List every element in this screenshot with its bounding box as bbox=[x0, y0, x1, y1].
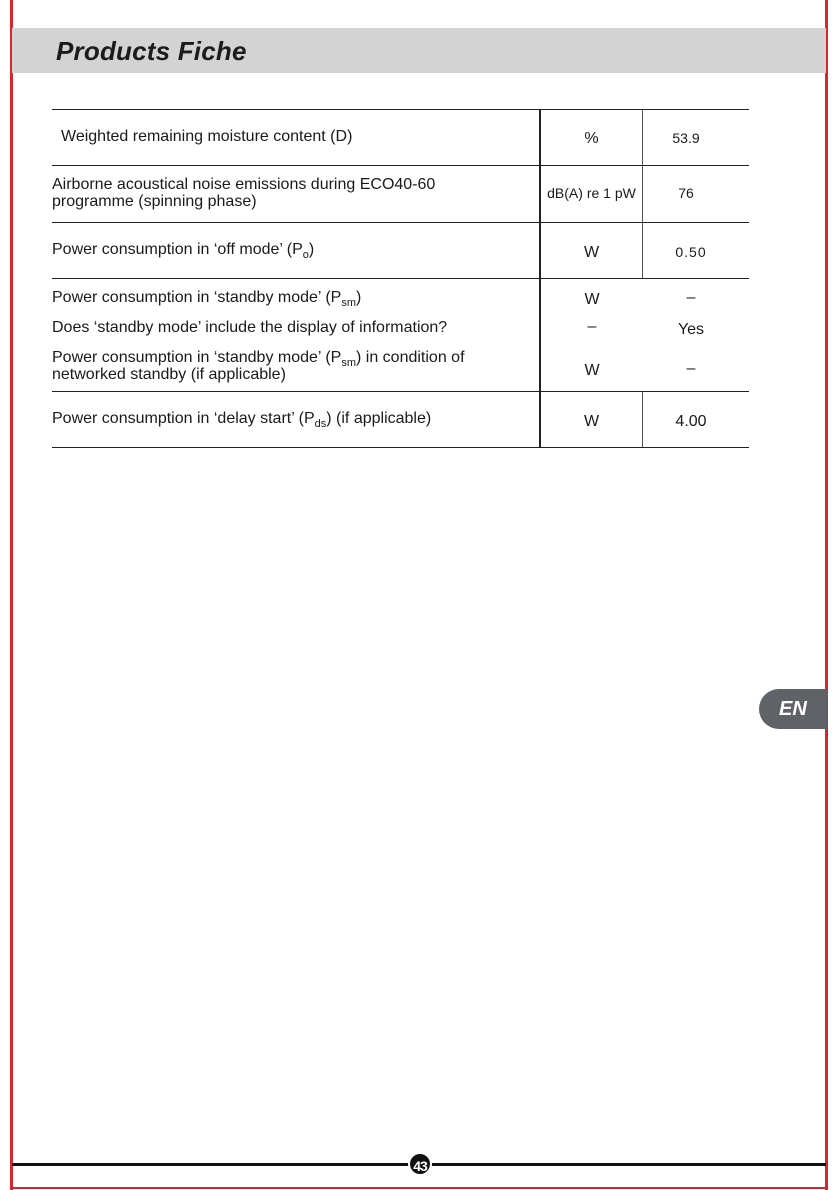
value-text: 0.50 bbox=[638, 244, 744, 261]
row-unit: % bbox=[539, 110, 643, 165]
products-fiche-table: Weighted remaining moisture content (D) … bbox=[52, 109, 749, 448]
row-value: 0.50 bbox=[643, 223, 749, 278]
description-text: Weighted remaining moisture content (D) bbox=[61, 128, 548, 145]
description-text: Does ‘standby mode’ include the display … bbox=[52, 319, 539, 336]
description-text: Power consumption in ‘off mode’ (Po) bbox=[52, 241, 539, 258]
value-text: 76 bbox=[633, 185, 739, 202]
table-row: Power consumption in ‘off mode’ (Po) W 0… bbox=[52, 222, 749, 278]
row-value: – Yes – bbox=[643, 279, 749, 391]
unit-text: W bbox=[541, 291, 643, 308]
header-band: Products Fiche bbox=[12, 28, 826, 73]
row-description: Power consumption in ‘delay start’ (Pds)… bbox=[52, 392, 539, 447]
row-description: Power consumption in ‘off mode’ (Po) bbox=[52, 223, 539, 278]
unit-text: W bbox=[541, 362, 643, 379]
page-title: Products Fiche bbox=[56, 36, 247, 67]
unit-text: % bbox=[541, 130, 642, 147]
description-text: networked standby (if applicable) bbox=[52, 366, 539, 383]
row-description: Weighted remaining moisture content (D) bbox=[52, 110, 539, 165]
table-row-group-standby: Power consumption in ‘standby mode’ (Psm… bbox=[52, 278, 749, 391]
description-text: Power consumption in ‘delay start’ (Pds)… bbox=[52, 410, 539, 427]
row-description: Airborne acoustical noise emissions duri… bbox=[52, 166, 539, 222]
page-frame-bottom bbox=[10, 1187, 828, 1189]
row-unit: W – W bbox=[539, 279, 643, 391]
description-text: Power consumption in ‘standby mode’ (Psm… bbox=[52, 289, 539, 306]
language-tab: EN bbox=[759, 689, 827, 729]
unit-text: W bbox=[541, 413, 642, 430]
description-text: Power consumption in ‘standby mode’ (Psm… bbox=[52, 349, 539, 366]
language-label: EN bbox=[779, 698, 807, 721]
page-frame-left bbox=[10, 0, 13, 1190]
page-number-badge: 43 bbox=[408, 1152, 432, 1176]
value-text: – bbox=[638, 360, 744, 377]
table-row: Airborne acoustical noise emissions duri… bbox=[52, 165, 749, 222]
table-row: Weighted remaining moisture content (D) … bbox=[52, 109, 749, 165]
value-text: Yes bbox=[638, 321, 744, 338]
row-value: 53.9 bbox=[643, 110, 749, 165]
row-value: 76 bbox=[643, 166, 749, 222]
row-value: 4.00 bbox=[643, 392, 749, 447]
row-unit: dB(A) re 1 pW bbox=[539, 166, 643, 222]
table-row: Power consumption in ‘delay start’ (Pds)… bbox=[52, 391, 749, 448]
description-text: programme (spinning phase) bbox=[52, 193, 539, 210]
row-unit: W bbox=[539, 392, 643, 447]
description-text: Airborne acoustical noise emissions duri… bbox=[52, 176, 539, 193]
unit-text: dB(A) re 1 pW bbox=[541, 185, 642, 202]
page-frame-right bbox=[825, 0, 828, 1190]
value-text: 53.9 bbox=[633, 130, 739, 147]
value-text: 4.00 bbox=[638, 413, 744, 430]
unit-text: W bbox=[541, 244, 642, 261]
row-unit: W bbox=[539, 223, 643, 278]
row-description: Power consumption in ‘standby mode’ (Psm… bbox=[52, 279, 539, 391]
unit-text: – bbox=[541, 318, 643, 335]
value-text: – bbox=[638, 289, 744, 306]
